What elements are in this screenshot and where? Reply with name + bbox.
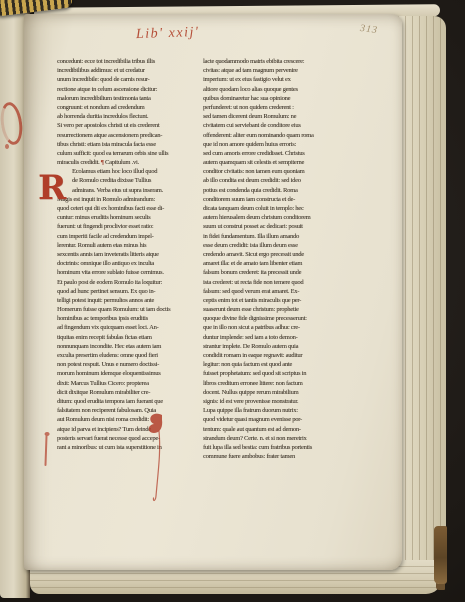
text-line: signis: id est vere provenisse monstratu… bbox=[203, 397, 330, 406]
text-line: cum imperiti facile ad credendum impel- bbox=[57, 232, 184, 241]
text-line: esse deum credidit: ista illum deum esse bbox=[203, 241, 330, 250]
text-line: suaserunt deum esse christum: prophetie bbox=[203, 305, 330, 314]
text-line: falsum: sed quod verum erat amaret. Ex- bbox=[203, 287, 330, 296]
text-line: amaret illa: et de amato tam libenter et… bbox=[203, 259, 330, 268]
text-line: conditorem suum iam constructa et de- bbox=[203, 195, 330, 204]
text-line: autem hierusalem deum christum conditore… bbox=[203, 213, 330, 222]
text-line: fuerunt: ut fingendi proclivior esset ra… bbox=[57, 222, 184, 231]
text-line: dicit dixitque Romulum mirabiliter cre- bbox=[57, 388, 184, 397]
text-line: conditor civitatis: non tamen eum quonia… bbox=[203, 167, 330, 176]
text-line: miraculis credidit. ¶ Capitulum .vi. bbox=[57, 158, 184, 167]
text-line: credendo amavit. Sicut ergo precessit un… bbox=[203, 250, 330, 259]
text-line: que id non amore quidem huius erroris: bbox=[203, 140, 330, 149]
text-line: nonnunquam incondite. Hec etas autem iam bbox=[57, 342, 184, 351]
text-line: legitur: non quia factum est quod ante bbox=[203, 360, 330, 369]
text-line: libros creditum erronee littere: non fac… bbox=[203, 379, 330, 388]
text-line: fuisset prophetatum: sed quod sit script… bbox=[203, 369, 330, 378]
text-line: ista crederet: ut recta fide non temere … bbox=[203, 278, 330, 287]
text-line: morum hominum idemque eloquentissimus bbox=[57, 369, 184, 378]
text-line: Lupa quippe illa fratrum duorum nutrix: bbox=[203, 406, 330, 415]
text-line: concedunt: ecce tot incredibilia tribus … bbox=[57, 57, 184, 66]
running-title: Lib' xxij' bbox=[136, 25, 200, 43]
text-line: resurrectionem atque ascensionem predica… bbox=[57, 131, 184, 140]
text-line: strantur implete. De Romulo autem quia bbox=[203, 342, 330, 351]
text-line: strandum deum? Certe. n. et si non meret… bbox=[203, 434, 330, 443]
text-line: dicata tanquam deum coluit in templo: he… bbox=[203, 204, 330, 213]
text-line: lacte quodammodo matris ebibita crescere… bbox=[203, 57, 330, 66]
text-line: culum sufficit: quod ea terrarum orbis s… bbox=[57, 149, 184, 158]
text-line: quod ceteri qui dii ex hominibus facti e… bbox=[57, 204, 184, 213]
text-line: non potest respuit. Unus e numero doctis… bbox=[57, 360, 184, 369]
text-line: Magis est inquit in Romulo admirandum: bbox=[57, 195, 184, 204]
red-rubric-fragment bbox=[0, 101, 25, 147]
text-line: doctrinis: omnique illo antiquo ex incul… bbox=[57, 259, 184, 268]
text-line: que in illo non sicut a patribus adhuc c… bbox=[203, 323, 330, 332]
text-line: quod ad hunc pertinet sensum. Ex quo in- bbox=[57, 287, 184, 296]
text-line: tentum: quale aut quantum est ad demon- bbox=[203, 425, 330, 434]
text-line: altiore quodam loco alias quoque gentes bbox=[203, 85, 330, 94]
text-line: rectione atque in celum ascensione dicit… bbox=[57, 85, 184, 94]
lombard-initial-letter: R bbox=[38, 172, 66, 204]
red-margin-mark bbox=[44, 435, 47, 466]
text-line: cuntur: minus eruditis hominum seculis bbox=[57, 213, 184, 222]
text-line: in fidei fundamentum. Illa illum amando bbox=[203, 232, 330, 241]
text-line: Ecolamus etiam hoc loco illud quod bbox=[57, 167, 184, 176]
text-line: incredibilibus addimus: et ut credatur bbox=[57, 66, 184, 75]
manuscript-page: Lib' xxij' 313 concedunt: ecce tot incre… bbox=[24, 14, 402, 570]
text-line: docent. Nullus quippe rerum mirabilium bbox=[203, 388, 330, 397]
text-line: potius est condenda quia credidit. Roma bbox=[203, 186, 330, 195]
text-line: condidit romam in eaque regnavit: auditu… bbox=[203, 351, 330, 360]
red-ink-dot bbox=[5, 144, 9, 149]
text-line: tiquitas enim recepit fabulas fictas eti… bbox=[57, 333, 184, 342]
text-column-right: lacte quodammodo matris ebibita crescere… bbox=[203, 57, 330, 461]
text-line: exculta presertim eludens: omne quod fie… bbox=[57, 351, 184, 360]
text-line: duntur implende: sed iam a toto demon- bbox=[203, 333, 330, 342]
text-line: perfunderet: ut non quidem crederent : bbox=[203, 103, 330, 112]
text-line: quibus dominaretur hac sua opinione bbox=[203, 94, 330, 103]
text-line: sed tamen dicerent deum Romulum: ne bbox=[203, 112, 330, 121]
text-line: ceptis enim tot et tantis miraculis que … bbox=[203, 296, 330, 305]
text-line: offenderent: aliter eum nominando quam r… bbox=[203, 131, 330, 140]
text-line: Et paulo post de eodem Romulo ita loquit… bbox=[57, 278, 184, 287]
text-line: admirans. Verba eius ut supra inseram. bbox=[57, 186, 184, 195]
text-line: lerentur. Romuli autem etas minus his bbox=[57, 241, 184, 250]
text-line: Homerum fuisse quam Romulum: ut iam doct… bbox=[57, 305, 184, 314]
text-line: fuit lupa illa sed bestia: cum fratribus… bbox=[203, 443, 330, 452]
red-paraph-flourish bbox=[145, 412, 171, 508]
text-line: ab illo condita est deum credidit: sed i… bbox=[203, 176, 330, 185]
text-line: autem quamquam sit celestis et sempitern… bbox=[203, 158, 330, 167]
wormhole-damage bbox=[434, 526, 447, 584]
text-line: civitatem cui serviebant de conditore ei… bbox=[203, 121, 330, 130]
text-line: falsum bonum crederet: ita precessit und… bbox=[203, 268, 330, 277]
text-line: sed cum amoris errore credidisset. Chris… bbox=[203, 149, 330, 158]
text-line: commune fuere ambobus: frater tamen bbox=[203, 452, 330, 461]
text-line: quod videtur quasi magnum evenisse por- bbox=[203, 415, 330, 424]
text-line: ad fingendum vix quicquam esset loci. An… bbox=[57, 323, 184, 332]
text-line: ab horrenda duritia incredulos flectunt. bbox=[57, 112, 184, 121]
text-line: unum incredibile: quod de carnis resur- bbox=[57, 75, 184, 84]
text-line: sexcentis annis iam inveteratis litteris… bbox=[57, 250, 184, 259]
text-column-left: concedunt: ecce tot incredibilia tribus … bbox=[57, 57, 184, 452]
text-line: hominibus ac temporibus ipsis eruditis bbox=[57, 314, 184, 323]
text-line: civitas: atque ad tam magnum pervenire bbox=[203, 66, 330, 75]
text-line: dixit: Marcus Tullius Cicero: propterea bbox=[57, 379, 184, 388]
manuscript-photo: Lib' xxij' 313 concedunt: ecce tot incre… bbox=[0, 0, 465, 602]
text-line: de Romulo credita dixisse Tullius bbox=[57, 176, 184, 185]
text-line: tibus christi: etiam ista miracula facta… bbox=[57, 140, 184, 149]
text-line: Si vero per apostolos christi ut eis cre… bbox=[57, 121, 184, 130]
folio-number: 313 bbox=[359, 23, 378, 36]
text-line: imperium: ut ex eius fastigio velut ex bbox=[203, 75, 330, 84]
text-line: telligi potest inquit: permultos annos a… bbox=[57, 296, 184, 305]
text-line: ditum: quod erudita tempora iam fuerant … bbox=[57, 397, 184, 406]
text-line: congruunt: et nondum ad credendum bbox=[57, 103, 184, 112]
text-line: suum ut construi posset ac dedicari: pos… bbox=[203, 222, 330, 231]
text-line: quoque divine fide dignissime precesseru… bbox=[203, 314, 330, 323]
text-line: malorum incredibilium testimonia tanta bbox=[57, 94, 184, 103]
text-line: hominum vita errore sublato fuisse cerni… bbox=[57, 268, 184, 277]
